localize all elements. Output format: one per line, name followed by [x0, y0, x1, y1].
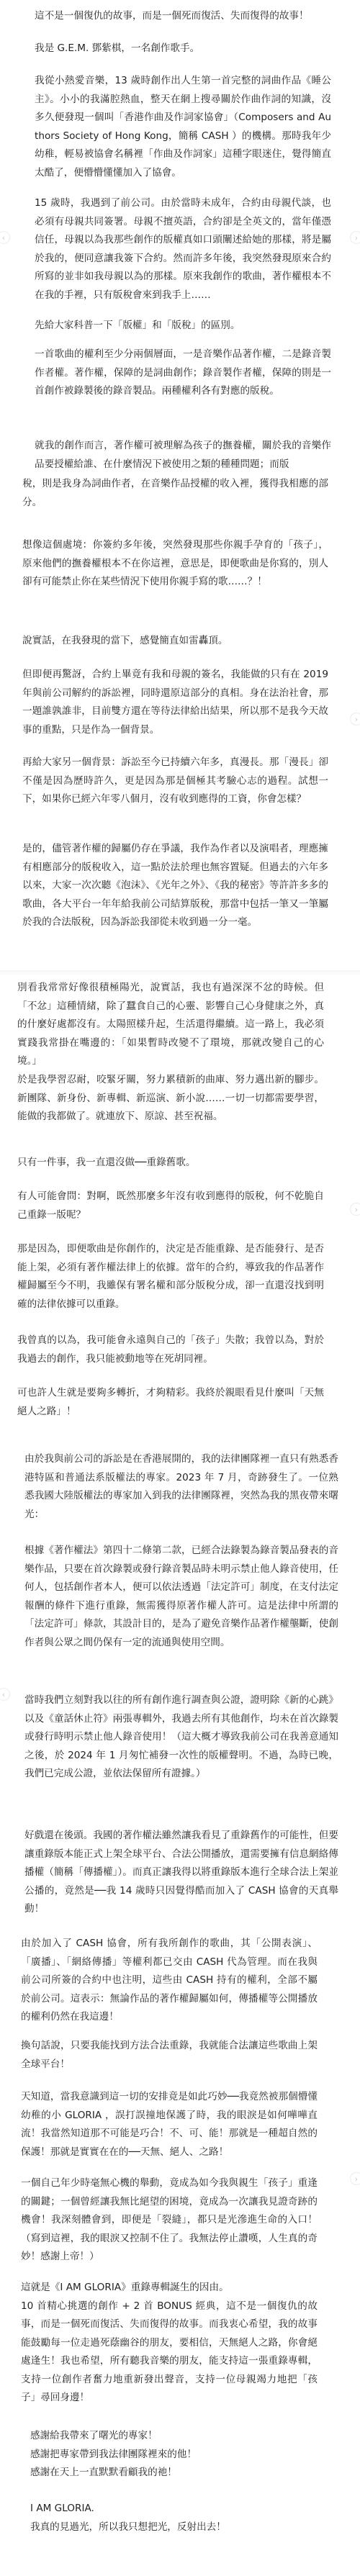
carousel-slide-6: 感謝給我帶來了曙光的專家！ 感謝把專家帶到我法律團隊裡來的他！ 感謝在天上一直默… — [0, 2426, 360, 2576]
paragraph: 15 歲時，我遇到了前公司。由於當時未成年，合約由母親代談，也必須有母親共同簽署… — [35, 194, 331, 304]
paragraph: 稅，則是我身為詞曲作者，在音樂作品授權的收入裡，獲得我相應的部分。 — [22, 475, 328, 512]
paragraph: 我從小熱愛音樂，13 歲時創作出人生第一首完整的詞曲作品《睡公主》。小小的我滿腔… — [35, 72, 331, 182]
paragraph: 就我的創作而言，著作權可被理解為孩子的撫養權，關於我的音樂作品要授權給誰、在什麼… — [35, 437, 331, 473]
carousel-slide-2: 稅，則是我身為詞曲作者，在音樂作品授權的收入裡，獲得我相應的部分。 想像這個處境… — [0, 475, 360, 878]
paragraph: 別看我常常好像很積極陽光，說實話，我也有過深深不忿的時候。但「不忿」這種情緒，除… — [17, 979, 324, 1071]
paragraph: 這不是一個復仇的故事，而是一個死而復活、失而復得的故事！ — [35, 7, 331, 26]
paragraph: 先給大家科普一下「版權」和「版稅」的區別。 — [35, 317, 331, 335]
carousel-slide-3: 別看我常常好像很積極陽光，說實話，我也有過深深不忿的時候。但「不忿」這種情緒，除… — [0, 979, 360, 1411]
carousel-slide-5: 由於加入了 CASH 協會，所有我所創作的歌曲，其「公開表演」、「廣播」、「網絡… — [0, 1935, 360, 2417]
paragraph: 有人可能會問：對啊，既然那麼多年沒有收到應得的版稅，何不乾脆自己重錄一版呢？ — [17, 1188, 324, 1224]
chevron-right-icon: › — [355, 715, 358, 724]
paragraph: 這就是《I AM GLORIA》重錄專輯誕生的因由。 10 首精心挑選的創作 +… — [21, 2279, 318, 2408]
carousel-next-button[interactable]: › — [350, 231, 360, 244]
paragraph: 那是因為，即便歌曲是你創作的，決定是否能重錄、是否能發行、是否能上架，必須有著作… — [17, 1240, 324, 1314]
carousel-slide-1: 這不是一個復仇的故事，而是一個死而復活、失而復得的故事！ 我是 G.E.M. 鄧… — [0, 0, 360, 471]
paragraph: 感謝給我帶來了曙光的專家！ 感謝把專家帶到我法律團隊裡來的他！ 感謝在天上一直默… — [30, 2427, 318, 2482]
paragraph: 一個自己年少時毫無心機的舉動，竟成為如今我與親生「孩子」重逢的關鍵；一個曾經讓我… — [21, 2174, 318, 2267]
paragraph: 我是 G.E.M. 鄧紫棋，一名創作歌手。 — [35, 40, 331, 58]
paragraph: 於是我學習忍耐，咬緊牙關，努力累積新的曲庫、努力邁出新的腳步。新團隊、新身份、新… — [17, 1071, 324, 1126]
paragraph: 換句話說，只要我能找到方法合法重錄，我就能合法讓這些歌曲上架全球平台！ — [21, 2037, 318, 2074]
paragraph: 天知道，當我意識到這一切的安排竟是如此巧妙──我竟然被那個懵懂幼稚的小 GLOR… — [21, 2088, 318, 2161]
paragraph: 只有一件事，我一直還沒做──重錄舊歌。 — [17, 1154, 324, 1172]
paragraph: 由於加入了 CASH 協會，所有我所創作的歌曲，其「公開表演」、「廣播」、「網絡… — [21, 1935, 318, 2027]
chevron-right-icon: › — [355, 2174, 358, 2184]
paragraph: 再給大家另一個背景：訴訟至今已持續六年多，真漫長。那「漫長」卻不僅是因為歷時許久… — [22, 754, 328, 809]
carousel-next-button[interactable]: › — [350, 2172, 360, 2185]
chevron-right-icon: › — [355, 233, 358, 243]
paragraph: 說實話，在我發現的當下，感覺簡直如雷轟頂。 — [22, 632, 328, 651]
chevron-left-icon: ‹ — [2, 233, 5, 243]
paragraph: 當時我們立刻對我以往的所有創作進行調查與公證，證明除《新的心跳》以及《童話休止符… — [24, 1691, 338, 1784]
chevron-right-icon: › — [355, 1205, 358, 1214]
paragraph: 根據《著作權法》第四十二條第二款，已經合法錄製為錄音製品發表的音樂作品，只要在首… — [24, 1542, 338, 1652]
carousel-slide-4: 由於我與前公司的訴訟是在香港展開的，我的法律團隊裡一直只有熟悉香港特區和普通法系… — [0, 1450, 360, 1933]
paragraph: 想像這個處境：你簽約多年後，突然發現那些你親手孕育的「孩子」，原來他們的撫養權根… — [22, 536, 328, 592]
carousel-next-button[interactable]: › — [350, 713, 360, 726]
paragraph: I AM GLORIA. 我真的見過光，所以我只想把光，反射出去！ — [30, 2500, 318, 2536]
paragraph: 是的，儘管著作權的歸屬仍存在爭議，我作為作者以及演唱者，理應擁有相應部分的版稅收… — [22, 840, 328, 932]
chevron-left-icon: ‹ — [2, 1690, 5, 1699]
carousel-next-button[interactable]: › — [350, 1203, 360, 1216]
carousel-prev-button[interactable]: ‹ — [0, 1688, 10, 1701]
paragraph: 由於我與前公司的訴訟是在香港展開的，我的法律團隊裡一直只有熟悉香港特區和普通法系… — [24, 1450, 338, 1524]
paragraph: 一首歌曲的權利至少分兩個層面，一是音樂作品著作權，二是錄音製作者權。著作權，保障… — [35, 345, 331, 401]
paragraph: 我曾真的以為，我可能會永遠與自己的「孩子」失散；我曾以為，對於我過去的創作，我只… — [17, 1332, 324, 1368]
paragraph: 但即便再驚訝，合約上畢竟有我和母親的簽名，我能做的只有在 2019 年與前公司解… — [22, 666, 328, 739]
paragraph: 可也許人生就是要夠多轉折，才夠精彩。我終於親眼看見什麼叫「天無絕人之路」！ — [17, 1384, 324, 1421]
paragraph: 好戲還在後頭。我國的著作權法雖然讓我看見了重錄舊作的可能性，但要讓重錄版本能正式… — [24, 1827, 338, 1919]
slide-divider — [0, 970, 360, 976]
carousel-prev-button[interactable]: ‹ — [0, 231, 10, 244]
